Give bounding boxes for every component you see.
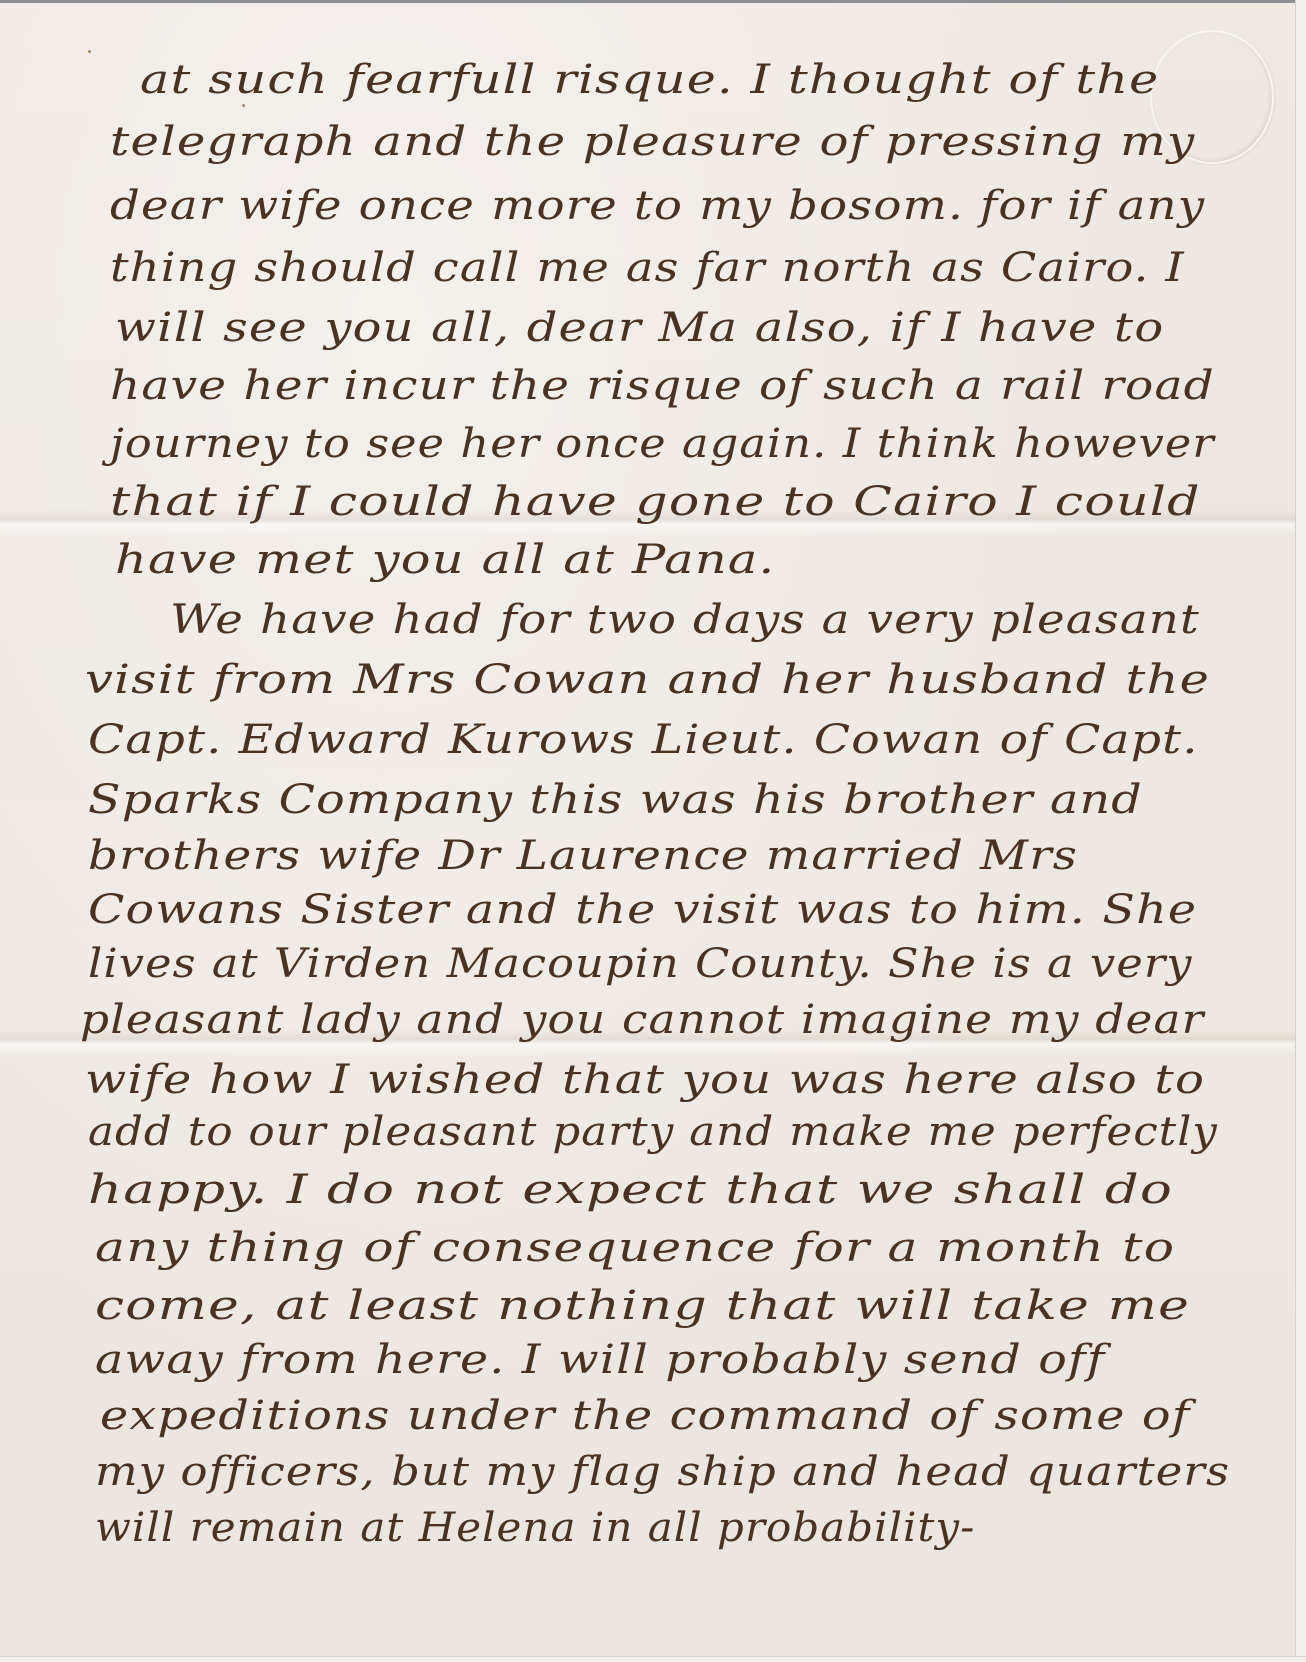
text-line: will see you all, dear Ma also, if I hav…: [115, 308, 1164, 348]
text-line: at such fearfull risque. I thought of th…: [140, 60, 1159, 100]
scan-right-margin: [1295, 0, 1306, 1662]
text-line: visit from Mrs Cowan and her husband the: [85, 660, 1210, 700]
text-line: add to our pleasant party and make me pe…: [88, 1112, 1218, 1152]
text-line: Cowans Sister and the visit was to him. …: [88, 890, 1197, 930]
scan-bottom-margin: [0, 1656, 1306, 1662]
text-line: have her incur the risque of such a rail…: [110, 366, 1215, 406]
text-line: happy. I do not expect that we shall do: [88, 1170, 1173, 1210]
text-line: wife how I wished that you was here also…: [85, 1060, 1205, 1100]
text-line: pleasant lady and you cannot imagine my …: [80, 1000, 1205, 1040]
text-line: telegraph and the pleasure of pressing m…: [110, 122, 1195, 162]
text-line: brothers wife Dr Laurence married Mrs: [88, 836, 1078, 876]
scan-top-edge: [0, 0, 1306, 3]
ink-speck: [242, 104, 245, 107]
text-line: away from here. I will probably send off: [95, 1340, 1106, 1380]
text-line: have met you all at Pana.: [115, 540, 775, 580]
text-line: Sparks Company this was his brother and: [88, 780, 1143, 820]
ink-speck: [88, 50, 91, 53]
text-line: dear wife once more to my bosom. for if …: [110, 186, 1205, 226]
text-line: will remain at Helena in all probability…: [95, 1508, 975, 1548]
text-line: come, at least nothing that will take me: [95, 1286, 1190, 1326]
paragraph-start-line: We have had for two days a very pleasant: [170, 600, 1200, 640]
text-line: expeditions under the command of some of: [100, 1396, 1191, 1436]
text-line: lives at Virden Macoupin County. She is …: [88, 944, 1193, 984]
text-line: journey to see her once again. I think h…: [110, 424, 1215, 464]
text-line: any thing of consequence for a month to: [95, 1228, 1175, 1268]
text-line: my officers, but my flag ship and head q…: [95, 1452, 1230, 1492]
text-line: Capt. Edward Kurows Lieut. Cowan of Capt…: [88, 720, 1199, 760]
text-line: that if I could have gone to Cairo I cou…: [110, 482, 1201, 522]
text-line: thing should call me as far north as Cai…: [110, 248, 1185, 288]
